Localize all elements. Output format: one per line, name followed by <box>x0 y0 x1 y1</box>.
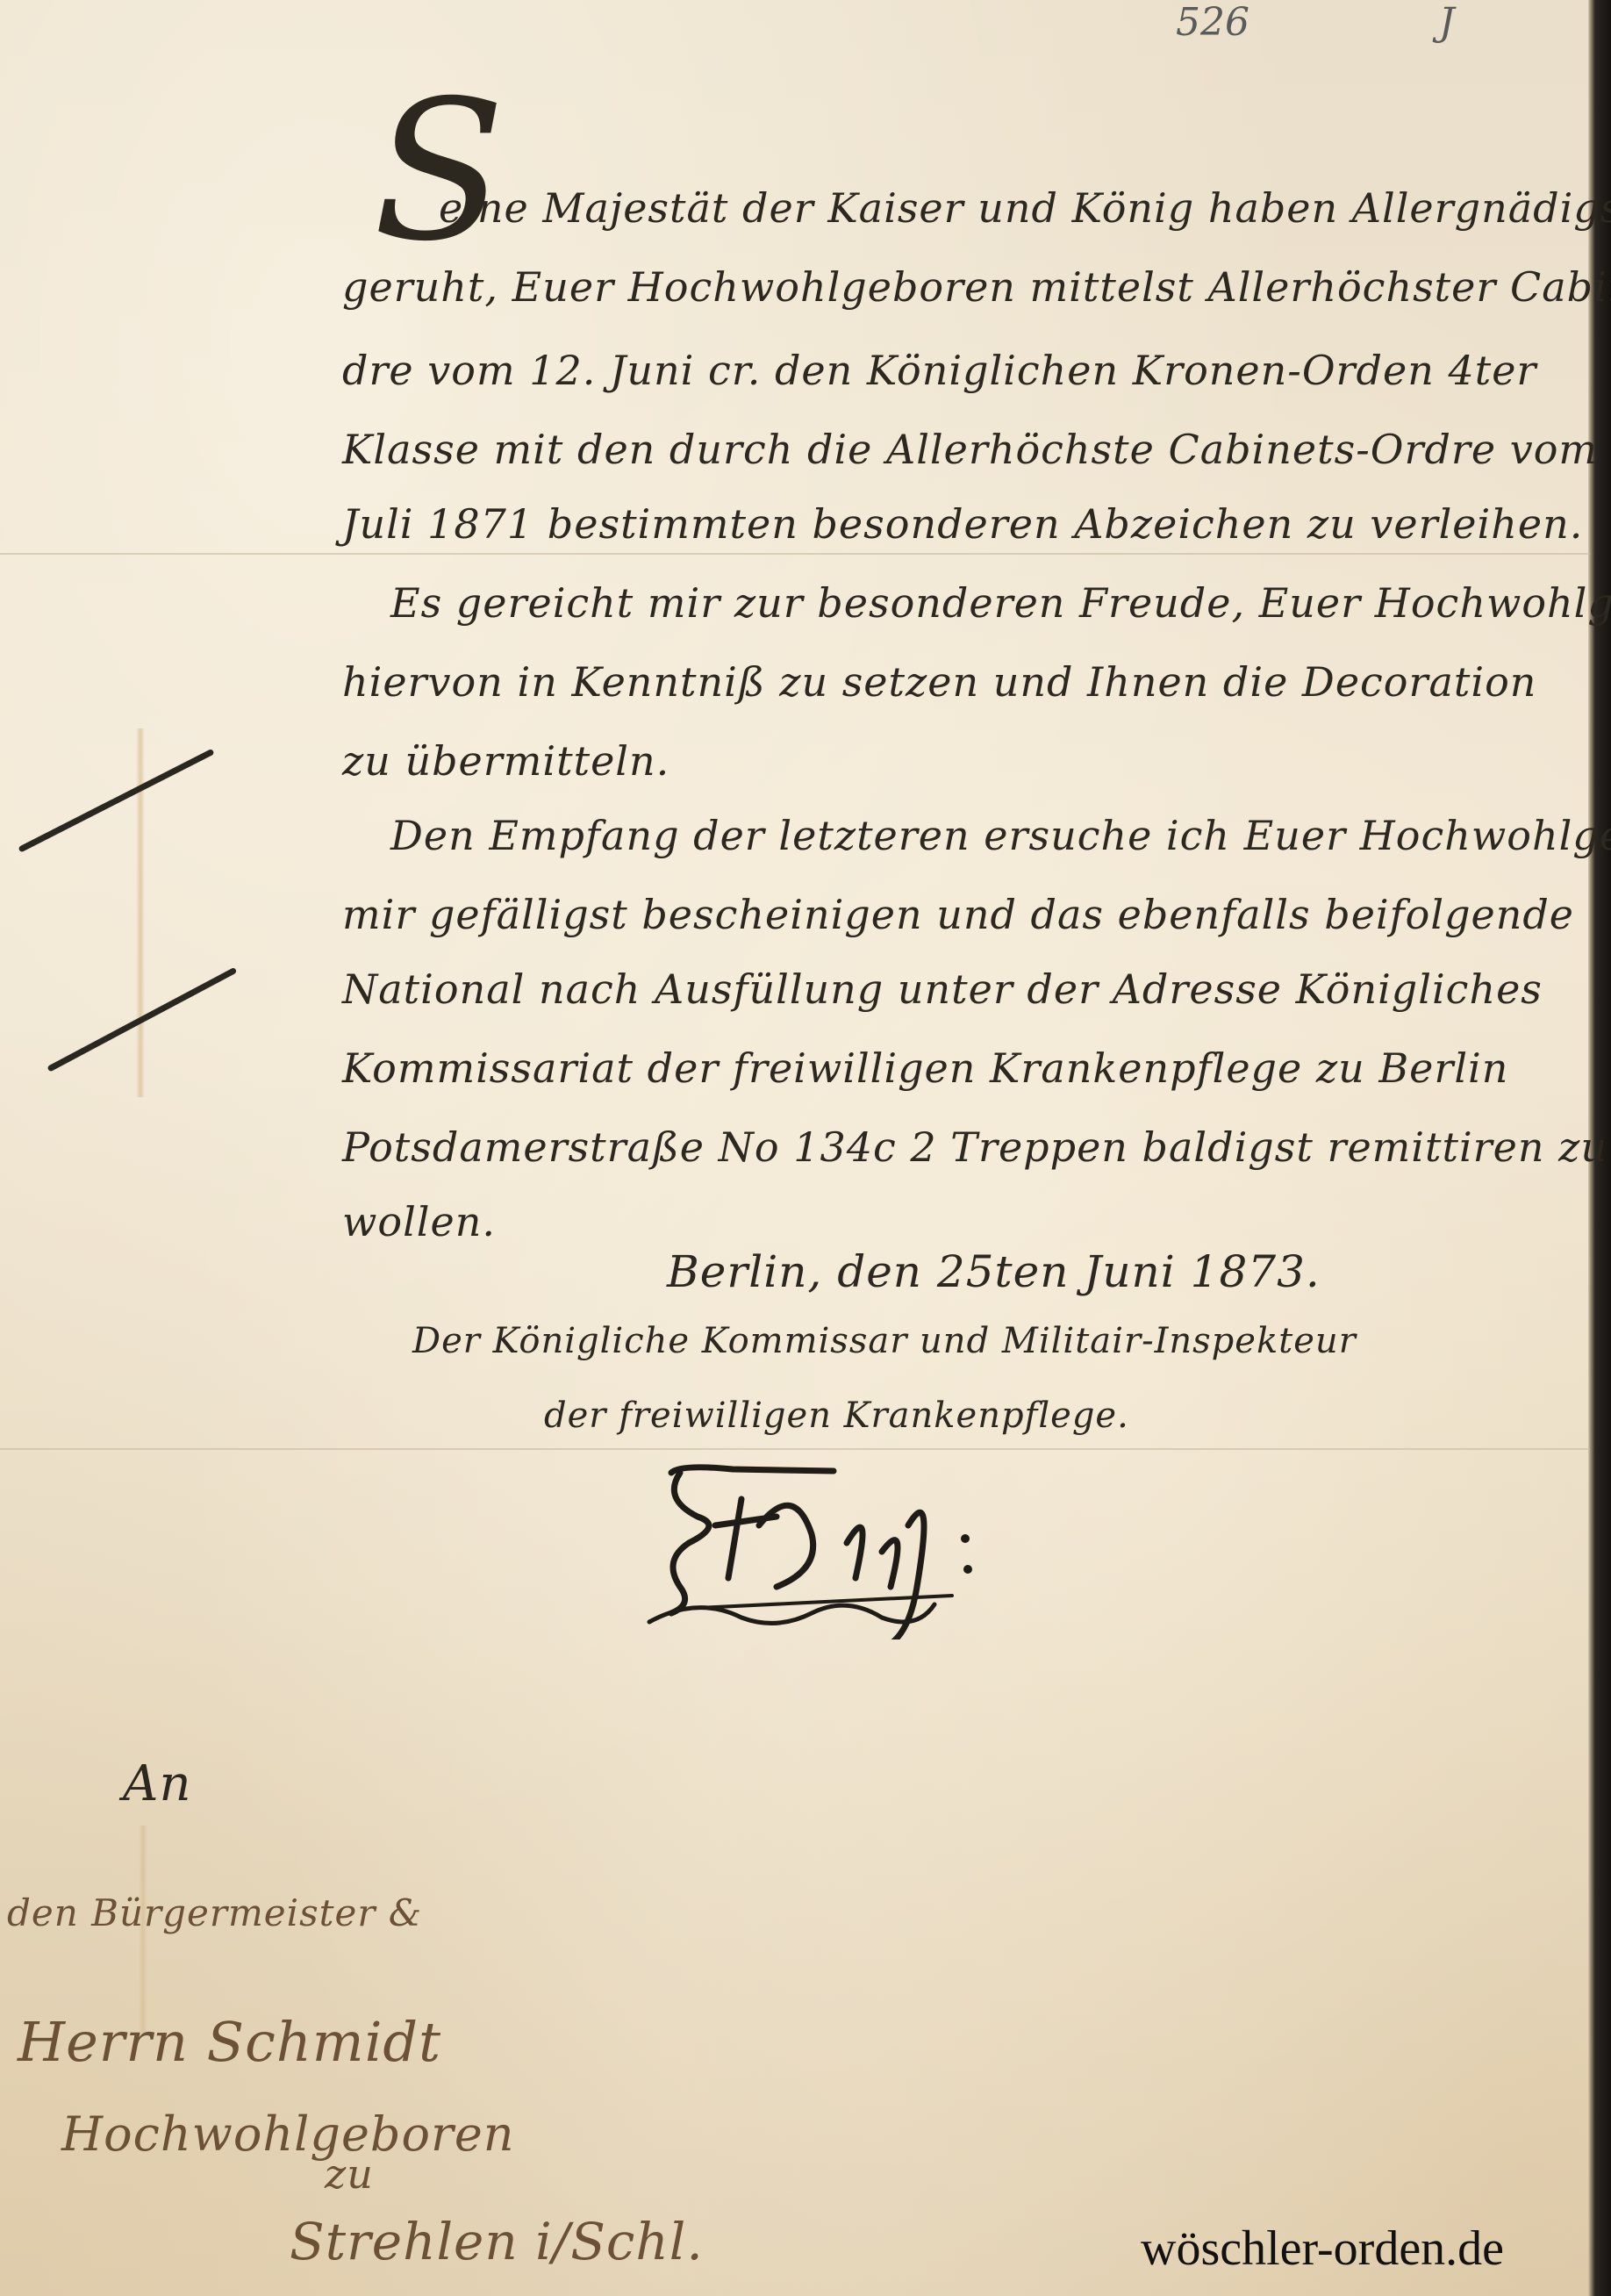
body-line: dre vom 12. Juni cr. den Königlichen Kro… <box>342 347 1536 394</box>
body-line: Klasse mit den durch die Allerhöchste Ca… <box>342 426 1611 473</box>
body-line: Potsdamerstraße No 134c 2 Treppen baldig… <box>342 1123 1607 1171</box>
address-line: zu <box>325 2150 374 2198</box>
body-line: eine Majestät der Kaiser und König haben… <box>439 184 1611 232</box>
address-line: Hochwohlgeboren <box>61 2106 515 2162</box>
body-line: Es gereicht mir zur besonderen Freude, E… <box>390 579 1611 627</box>
body-line: mir gefälligst bescheinigen und das eben… <box>342 891 1574 938</box>
signature-mark <box>645 1464 1022 1639</box>
body-line: Juli 1871 bestimmten besonderen Abzeiche… <box>342 500 1583 548</box>
body-line: Den Empfang der letzteren ersuche ich Eu… <box>390 812 1611 859</box>
address-line: den Bürgermeister & <box>7 1891 422 1934</box>
dateline: Berlin, den 25ten Juni 1873. <box>667 1246 1321 1297</box>
body-line: National nach Ausfüllung unter der Adres… <box>342 965 1543 1013</box>
address-prefix: An <box>123 1755 192 1812</box>
body-line: wollen. <box>342 1198 496 1245</box>
sender-title-line: der freiwilligen Krankenpflege. <box>544 1396 1129 1436</box>
body-line: hiervon in Kenntniß zu setzen und Ihnen … <box>342 658 1536 706</box>
paper-fold-line <box>0 553 1590 555</box>
folio-number: 526 <box>1176 0 1249 45</box>
folio-mark: J <box>1439 0 1455 45</box>
paper-fold-line <box>0 1448 1590 1450</box>
recipient-name: Herrn Schmidt <box>18 2010 441 2074</box>
body-line: Kommissariat der freiwilligen Krankenpfl… <box>342 1044 1508 1092</box>
body-line: geruht, Euer Hochwohlgeboren mittelst Al… <box>342 263 1611 311</box>
sender-title-line: Der Königliche Kommissar und Militair-In… <box>412 1321 1357 1361</box>
recipient-town: Strehlen i/Schl. <box>290 2212 704 2271</box>
watermark-text: wöschler-orden.de <box>1141 2221 1504 2277</box>
body-line: zu übermitteln. <box>342 737 669 785</box>
decorative-initial: S <box>373 75 505 268</box>
